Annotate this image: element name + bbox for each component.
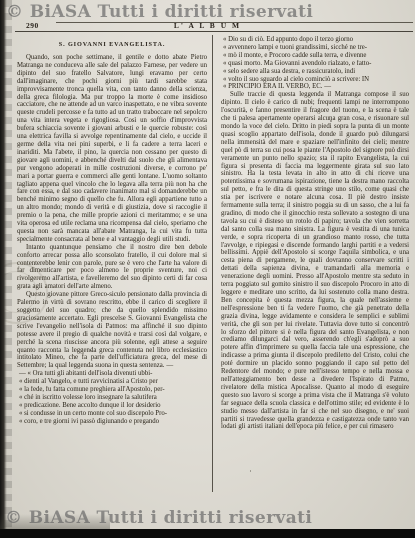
- paper-speck: [90, 350, 92, 351]
- watermark-top: © BiASA Tutti i diritti riservati: [6, 2, 313, 22]
- quote-line: — « Ora tutti gli abitanti dell'isola di…: [17, 370, 207, 378]
- quote-line: « PRINCIPIO ERA IL VERBO, EC. —: [221, 83, 409, 91]
- quote-line: « coro, e tre giorni ivi passò digiunand…: [17, 418, 207, 426]
- watermark-bottom: © BiASA Tutti i diritti riservati: [5, 508, 312, 528]
- quote-line: « avvennero lampi e tuoni grandissimi, s…: [221, 44, 409, 52]
- article-paragraph: Quando, son poche settimane, il gentile …: [17, 54, 207, 244]
- quote-line: « quasi morto. Ma Giovanni avendolo rial…: [221, 60, 409, 68]
- legend-quote-block: « Dio su di ciò. Ed appunto dopo il terz…: [221, 36, 409, 91]
- quote-line: « volto il suo sguardo al cielo cominciò…: [221, 76, 409, 84]
- left-column: S. GIOVANNI EVANGELISTA. Quando, son poc…: [17, 41, 207, 426]
- quote-line: « si condusse in un certo monte col suo …: [17, 410, 207, 418]
- quote-line: « dienti al Vangelo, e tutti ravvicinati…: [17, 378, 207, 386]
- scan-edge-bottom: [0, 529, 415, 538]
- right-column: « Dio su di ciò. Ed appunto dopo il terz…: [221, 36, 409, 431]
- scan-edge-left: [0, 0, 7, 538]
- quote-line: « predicazione. Bene accolto dunque il l…: [17, 402, 207, 410]
- legend-quote-block: — « Ora tutti gli abitanti dell'isola di…: [17, 370, 207, 425]
- quote-line: « ché in iscritto volesse loro insegnare…: [17, 394, 207, 402]
- paper-speck: [330, 120, 332, 122]
- paper-speck: [250, 470, 251, 472]
- quote-line: « mò il monte, e Procoro cadde sulla ter…: [221, 52, 409, 60]
- quote-line: « Dio su di ciò. Ed appunto dopo il terz…: [221, 36, 409, 44]
- article-title: S. GIOVANNI EVANGELISTA.: [17, 41, 207, 48]
- quote-line: « la fede, fu fatta comune preghiera all…: [17, 386, 207, 394]
- scanned-journal-page: © BiASA Tutti i diritti riservati 290 L'…: [0, 0, 415, 538]
- column-divider-rule: [212, 35, 213, 492]
- article-paragraph: Sulle traccie di questa leggenda il Matr…: [221, 91, 409, 431]
- journal-title: L' A L B U M: [0, 21, 415, 30]
- quote-line: « selo sedere alla sua destra, e rassicu…: [221, 68, 409, 76]
- header-rule-main: [15, 31, 413, 32]
